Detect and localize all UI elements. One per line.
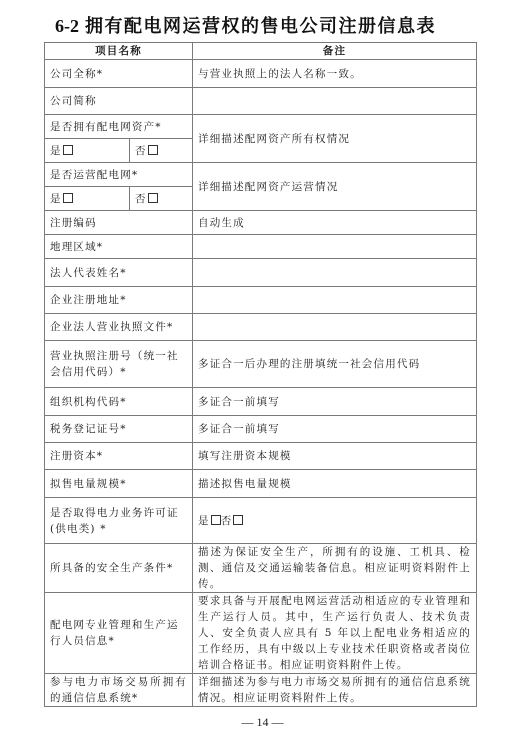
table-number: 6-2	[55, 16, 79, 36]
option-no-assets[interactable]: 否	[130, 139, 193, 163]
note-power-business-license[interactable]: 是否	[193, 498, 477, 544]
item-geographic-region: 地理区域*	[45, 235, 193, 259]
item-safety-conditions: 所具备的安全生产条件*	[45, 544, 193, 593]
table-row: 法人代表姓名*	[45, 259, 477, 287]
table-row: 公司简称	[45, 88, 477, 115]
table-row: 是否运营配电网* 详细描述配网资产运营情况	[45, 163, 477, 187]
note-communication-system: 详细描述为参与电力市场交易所拥有的通信信息系统情况。相应证明资料附件上传。	[193, 674, 477, 707]
item-power-business-license: 是否取得电力业务许可证(供电类) *	[45, 498, 193, 544]
item-company-short-name: 公司简称	[45, 88, 193, 115]
note-planned-sales-volume: 描述拟售电量规模	[193, 470, 477, 498]
option-yes-operates[interactable]: 是	[45, 187, 130, 211]
note-business-license-file[interactable]	[193, 314, 477, 341]
table-row: 配电网专业管理和生产运行人员信息* 要求具备与开展配电网运营活动相适应的专业管理…	[45, 593, 477, 674]
item-communication-system: 参与电力市场交易所拥有的通信信息系统*	[45, 674, 193, 707]
page-title: 6-2拥有配电网运营权的售电公司注册信息表	[55, 12, 436, 38]
table-row: 参与电力市场交易所拥有的通信信息系统* 详细描述为参与电力市场交易所拥有的通信信…	[45, 674, 477, 707]
table-row: 注册资本* 填写注册资本规模	[45, 443, 477, 470]
table-row: 拟售电量规模* 描述拟售电量规模	[45, 470, 477, 498]
note-operates-distribution-grid: 详细描述配网资产运营情况	[193, 163, 477, 211]
note-license-registration-number: 多证合一后办理的注册填统一社会信用代码	[193, 341, 477, 388]
item-tax-registration-number: 税务登记证号*	[45, 416, 193, 443]
header-item-name: 项目名称	[45, 43, 193, 60]
note-organization-code: 多证合一前填写	[193, 388, 477, 416]
table-header-row: 项目名称 备注	[45, 43, 477, 60]
item-registration-code: 注册编码	[45, 211, 193, 235]
item-owns-distribution-assets: 是否拥有配电网资产*	[45, 115, 193, 139]
option-yes-assets[interactable]: 是	[45, 139, 130, 163]
note-legal-representative[interactable]	[193, 259, 477, 287]
table-row: 营业执照注册号（统一社会信用代码）* 多证合一后办理的注册填统一社会信用代码	[45, 341, 477, 388]
table-title: 拥有配电网运营权的售电公司注册信息表	[85, 16, 436, 37]
table-row: 注册编码 自动生成	[45, 211, 477, 235]
note-personnel-info: 要求具备与开展配电网运营活动相适应的专业管理和生产运行人员。其中，生产运行负责人…	[193, 593, 477, 674]
table-row: 税务登记证号* 多证合一前填写	[45, 416, 477, 443]
table-row: 公司全称* 与营业执照上的法人名称一致。	[45, 60, 477, 88]
checkbox-icon[interactable]	[233, 515, 243, 525]
table-row: 企业法人营业执照文件*	[45, 314, 477, 341]
table-row: 企业注册地址*	[45, 287, 477, 314]
note-safety-conditions: 描述为保证安全生产，所拥有的设施、工机具、检测、通信及交通运输装备信息。相应证明…	[193, 544, 477, 593]
table-row: 是否取得电力业务许可证(供电类) * 是否	[45, 498, 477, 544]
note-company-short-name[interactable]	[193, 88, 477, 115]
item-registered-capital: 注册资本*	[45, 443, 193, 470]
table-row: 是否拥有配电网资产* 详细描述配网资产所有权情况	[45, 115, 477, 139]
item-business-license-file: 企业法人营业执照文件*	[45, 314, 193, 341]
note-registration-code: 自动生成	[193, 211, 477, 235]
item-legal-representative: 法人代表姓名*	[45, 259, 193, 287]
note-tax-registration-number: 多证合一前填写	[193, 416, 477, 443]
checkbox-icon[interactable]	[211, 515, 221, 525]
item-operates-distribution-grid: 是否运营配电网*	[45, 163, 193, 187]
checkbox-icon[interactable]	[63, 145, 73, 155]
table-row: 组织机构代码* 多证合一前填写	[45, 388, 477, 416]
item-license-registration-number: 营业执照注册号（统一社会信用代码）*	[45, 341, 193, 388]
note-geographic-region[interactable]	[193, 235, 477, 259]
note-registered-address[interactable]	[193, 287, 477, 314]
note-owns-distribution-assets: 详细描述配网资产所有权情况	[193, 115, 477, 163]
header-note: 备注	[193, 43, 477, 60]
item-registered-address: 企业注册地址*	[45, 287, 193, 314]
table-row: 地理区域*	[45, 235, 477, 259]
note-registered-capital: 填写注册资本规模	[193, 443, 477, 470]
item-organization-code: 组织机构代码*	[45, 388, 193, 416]
registration-info-table: 项目名称 备注 公司全称* 与营业执照上的法人名称一致。 公司简称 是否拥有配电…	[44, 42, 477, 707]
item-company-full-name: 公司全称*	[45, 60, 193, 88]
checkbox-icon[interactable]	[63, 193, 73, 203]
checkbox-icon[interactable]	[148, 145, 158, 155]
page-number: — 14 —	[0, 715, 525, 730]
item-planned-sales-volume: 拟售电量规模*	[45, 470, 193, 498]
item-personnel-info: 配电网专业管理和生产运行人员信息*	[45, 593, 193, 674]
table-row: 所具备的安全生产条件* 描述为保证安全生产，所拥有的设施、工机具、检测、通信及交…	[45, 544, 477, 593]
checkbox-icon[interactable]	[148, 193, 158, 203]
option-no-operates[interactable]: 否	[130, 187, 193, 211]
note-company-full-name: 与营业执照上的法人名称一致。	[193, 60, 477, 88]
